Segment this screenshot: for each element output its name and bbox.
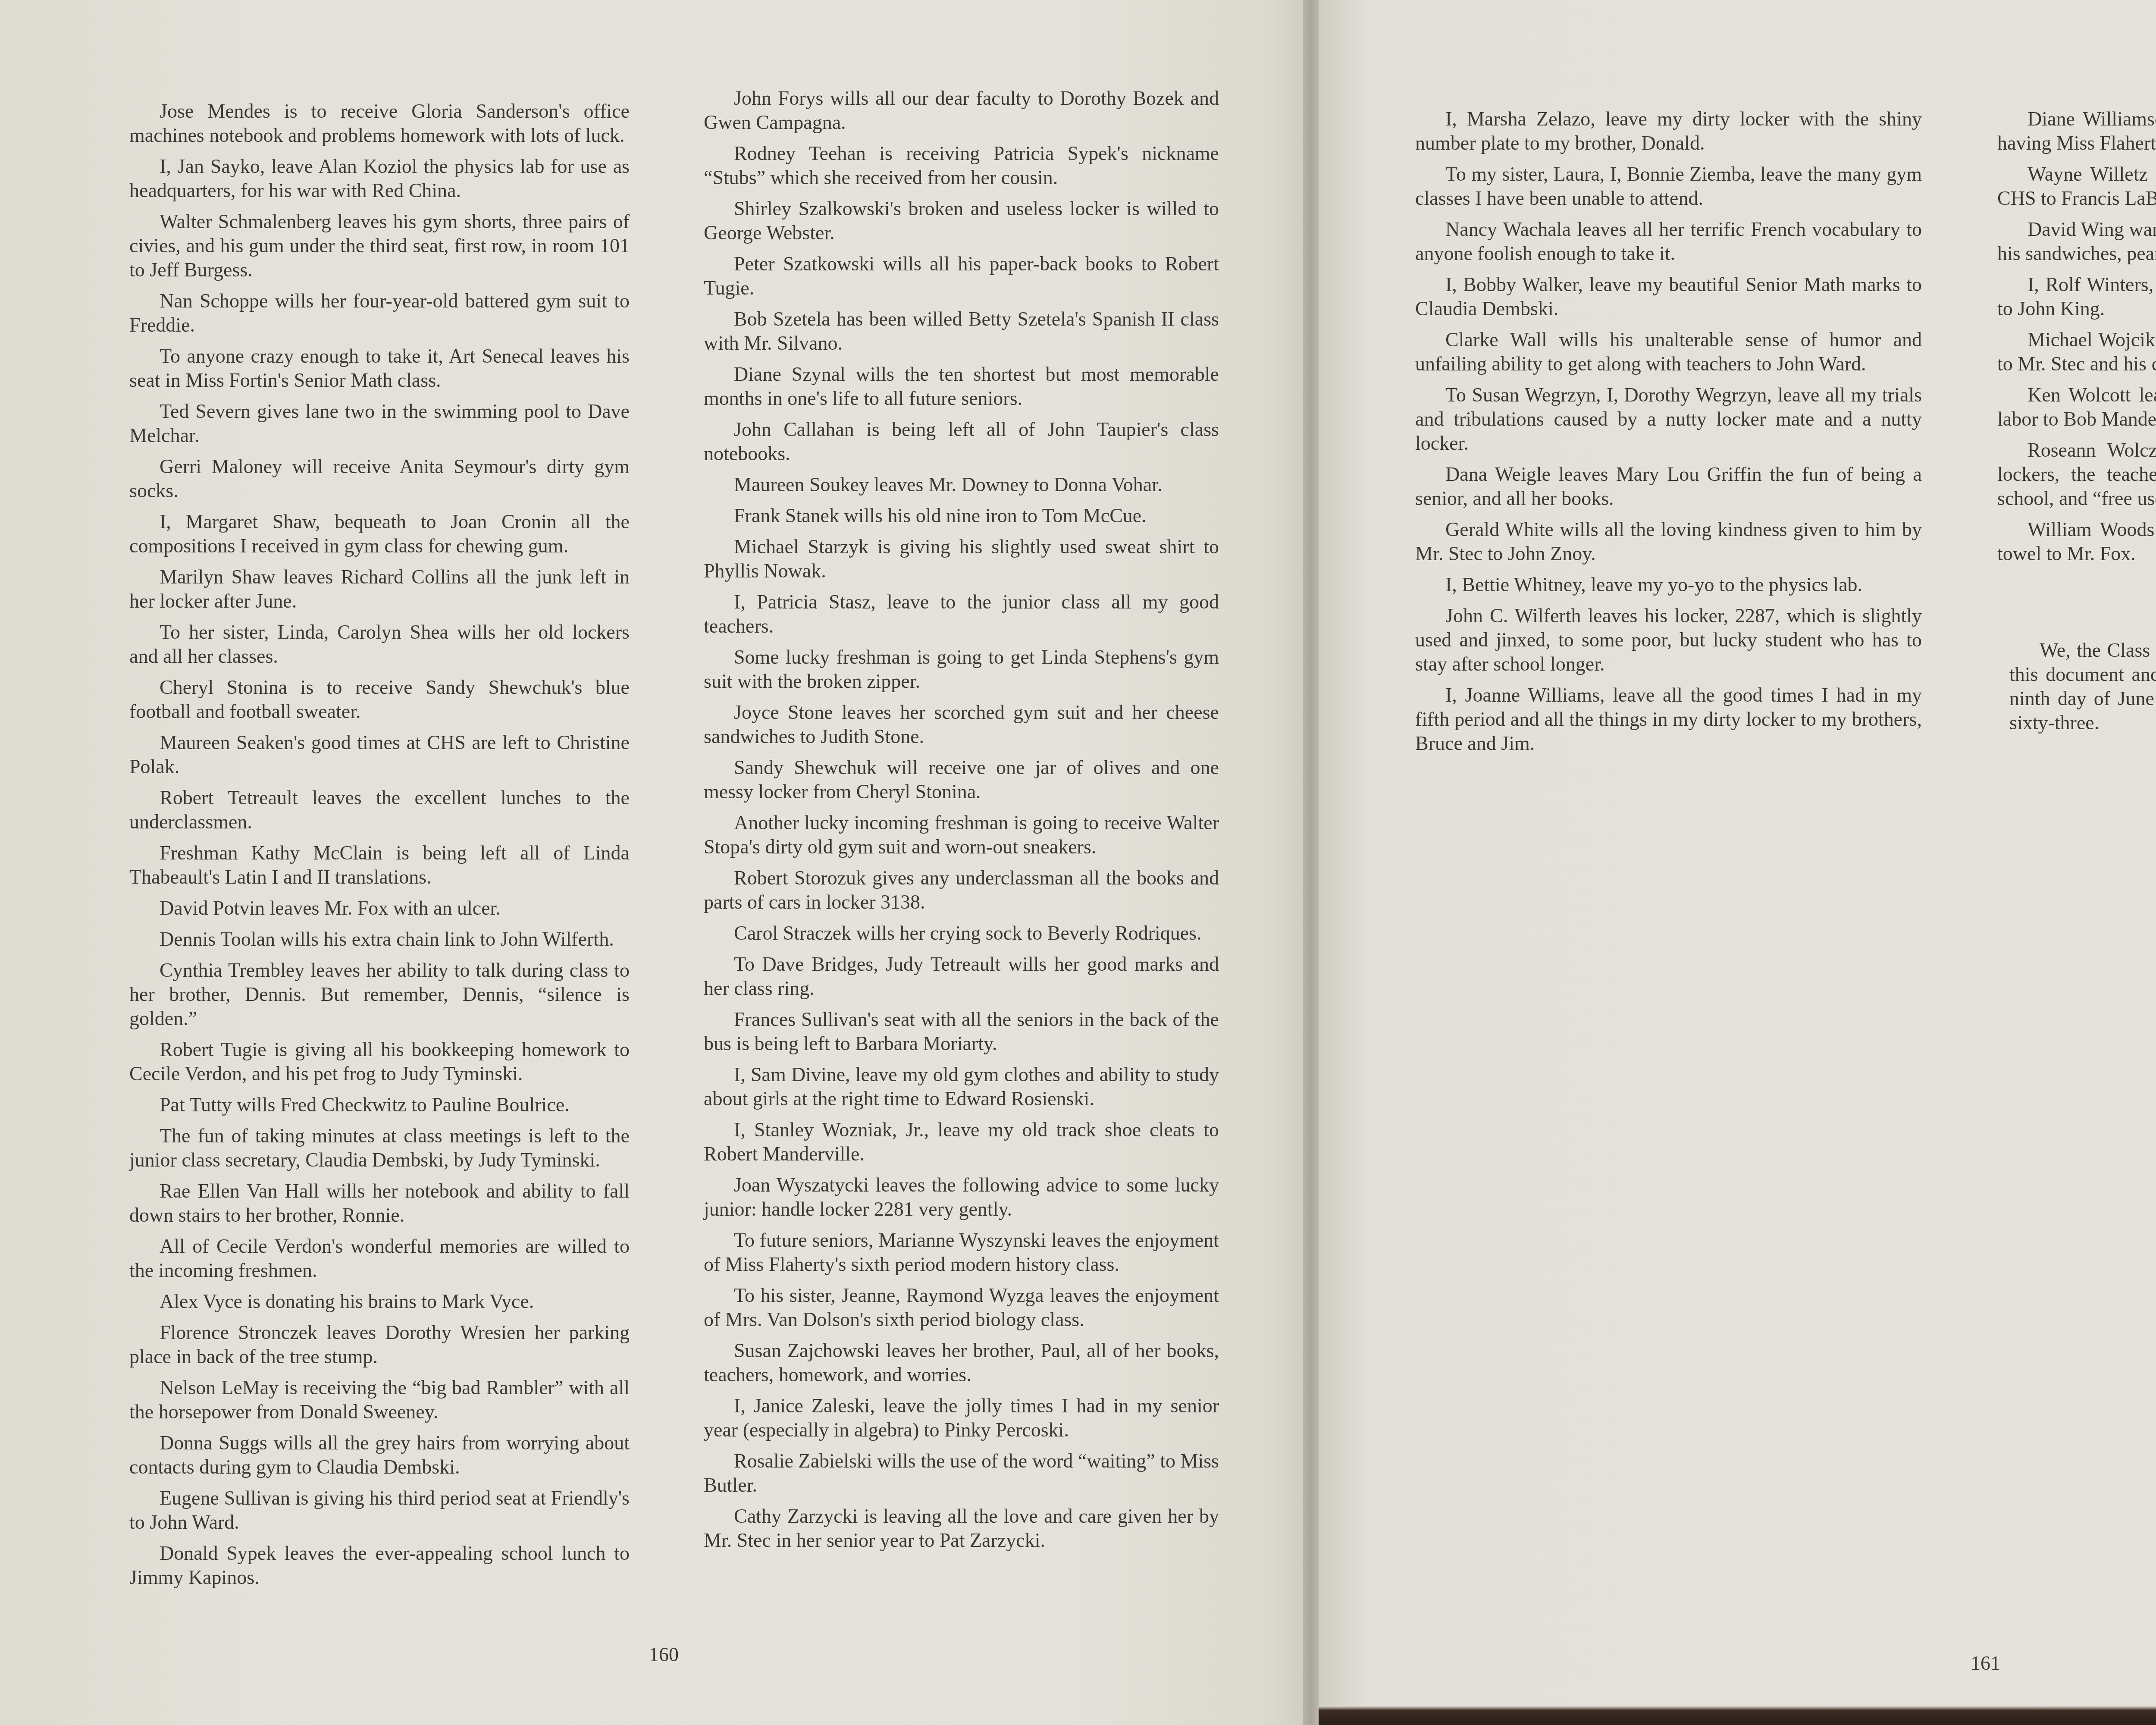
- will-entry: Sandy Shewchuk will receive one jar of o…: [704, 756, 1219, 804]
- will-entry: The fun of taking minutes at class meeti…: [129, 1124, 630, 1172]
- will-entry: I, Stanley Wozniak, Jr., leave my old tr…: [704, 1118, 1219, 1166]
- will-entry: John C. Wilferth leaves his locker, 2287…: [1415, 604, 1922, 676]
- will-entry: Susan Zajchowski leaves her brother, Pau…: [704, 1339, 1219, 1387]
- will-entry: Shirley Szalkowski's broken and useless …: [704, 197, 1219, 245]
- will-entry: Dennis Toolan wills his extra chain link…: [129, 927, 630, 951]
- left-page-column-2: John Forys wills all our dear faculty to…: [704, 86, 1219, 1559]
- will-entry: Gerald White wills all the loving kindne…: [1415, 517, 1922, 566]
- will-entry: Some lucky freshman is going to get Lind…: [704, 645, 1219, 693]
- will-entry: Another lucky incoming freshman is going…: [704, 811, 1219, 859]
- will-entry: William Woods would like to leave his gy…: [1997, 517, 2156, 566]
- will-entry: I, Rolf Winters, leave my slightly used …: [1997, 273, 2156, 321]
- will-entry: Cathy Zarzycki is leaving all the love a…: [704, 1504, 1219, 1552]
- will-entry: I, Margaret Shaw, bequeath to Joan Croni…: [129, 510, 630, 558]
- will-entry: Nelson LeMay is receiving the “big bad R…: [129, 1376, 630, 1424]
- will-entry: Peter Szatkowski wills all his paper-bac…: [704, 252, 1219, 300]
- class-attestation: We, the Class of '63, do hereby attest t…: [2009, 638, 2156, 735]
- will-entry: Carol Straczek wills her crying sock to …: [704, 921, 1219, 945]
- will-entry: Joyce Stone leaves her scorched gym suit…: [704, 700, 1219, 749]
- will-entry: Dana Weigle leaves Mary Lou Griffin the …: [1415, 462, 1922, 511]
- left-page: Jose Mendes is to receive Gloria Sanders…: [0, 0, 1307, 1725]
- will-entry: Rosalie Zabielski wills the use of the w…: [704, 1449, 1219, 1497]
- will-entry: Frank Stanek wills his old nine iron to …: [704, 504, 1219, 528]
- will-entry: Nancy Wachala leaves all her terrific Fr…: [1415, 217, 1922, 266]
- will-entry: Ted Severn gives lane two in the swimmin…: [129, 399, 630, 448]
- will-entry: Cynthia Trembley leaves her ability to t…: [129, 958, 630, 1031]
- will-entry: To his sister, Jeanne, Raymond Wyzga lea…: [704, 1283, 1219, 1332]
- will-entry: Diane Szynal wills the ten shortest but …: [704, 362, 1219, 411]
- will-entry: I, Sam Divine, leave my old gym clothes …: [704, 1063, 1219, 1111]
- will-entry: Alex Vyce is donating his brains to Mark…: [129, 1289, 630, 1314]
- will-entry: To her sister, Linda, Carolyn Shea wills…: [129, 620, 630, 668]
- will-entry: Donald Sypek leaves the ever-appealing s…: [129, 1541, 630, 1590]
- will-entry: Pat Tutty wills Fred Checkwitz to Paulin…: [129, 1093, 630, 1117]
- will-entry: Ken Wolcott leaves his track shoes and a…: [1997, 383, 2156, 431]
- will-entry: Clarke Wall wills his unalterable sense …: [1415, 328, 1922, 376]
- will-entry: David Wing wants John Ward and Joe Viama…: [1997, 217, 2156, 266]
- left-page-column-1: Jose Mendes is to receive Gloria Sanders…: [129, 99, 630, 1596]
- will-entry: I, Patricia Stasz, leave to the junior c…: [704, 590, 1219, 638]
- right-page-column-1: I, Marsha Zelazo, leave my dirty locker …: [1415, 107, 1922, 762]
- will-entry: Maureen Soukey leaves Mr. Downey to Donn…: [704, 473, 1219, 497]
- will-entry: Roseann Wolczko wills to Irene Deska her…: [1997, 438, 2156, 511]
- will-entry: I, Joanne Williams, leave all the good t…: [1415, 683, 1922, 756]
- will-entry: I, Jan Sayko, leave Alan Koziol the phys…: [129, 154, 630, 203]
- will-entry: Diane Williamson leaves her sister, Ruth…: [1997, 107, 2156, 155]
- will-entry: Donna Suggs wills all the grey hairs fro…: [129, 1431, 630, 1479]
- will-entry: Gerri Maloney will receive Anita Seymour…: [129, 455, 630, 503]
- will-entry: Michael Starzyk is giving his slightly u…: [704, 535, 1219, 583]
- will-entry: Robert Tugie is giving all his bookkeepi…: [129, 1038, 630, 1086]
- right-page-column-2: Diane Williamson leaves her sister, Ruth…: [1997, 107, 2156, 573]
- will-entry: I, Bettie Whitney, leave my yo-yo to the…: [1415, 573, 1922, 597]
- will-entry: Frances Sullivan's seat with all the sen…: [704, 1007, 1219, 1056]
- yearbook-spread: Jose Mendes is to receive Gloria Sanders…: [0, 0, 2156, 1725]
- will-entry: Rodney Teehan is receiving Patricia Sype…: [704, 141, 1219, 190]
- book-cover-edge: [1319, 1706, 2156, 1725]
- will-entry: Jose Mendes is to receive Gloria Sanders…: [129, 99, 630, 147]
- will-entry: Rae Ellen Van Hall wills her notebook an…: [129, 1179, 630, 1227]
- will-entry: I, Janice Zaleski, leave the jolly times…: [704, 1394, 1219, 1442]
- will-entry: Freshman Kathy McClain is being left all…: [129, 841, 630, 889]
- will-entry: Joan Wyszatycki leaves the following adv…: [704, 1173, 1219, 1221]
- will-entry: I, Marsha Zelazo, leave my dirty locker …: [1415, 107, 1922, 155]
- page-number-160: 160: [649, 1643, 679, 1666]
- will-entry: Nan Schoppe wills her four-year-old batt…: [129, 289, 630, 337]
- will-entry: All of Cecile Verdon's wonderful memorie…: [129, 1234, 630, 1283]
- will-entry: Michael Wojcik wills a locker full to th…: [1997, 328, 2156, 376]
- will-entry: To future seniors, Marianne Wyszynski le…: [704, 1228, 1219, 1276]
- will-entry: Maureen Seaken's good times at CHS are l…: [129, 731, 630, 779]
- will-entry: John Callahan is being left all of John …: [704, 417, 1219, 466]
- will-entry: To anyone crazy enough to take it, Art S…: [129, 344, 630, 392]
- will-entry: Bob Szetela has been willed Betty Szetel…: [704, 307, 1219, 355]
- will-entry: Marilyn Shaw leaves Richard Collins all …: [129, 565, 630, 613]
- book-gutter: [1303, 0, 1319, 1725]
- will-entry: Florence Stronczek leaves Dorothy Wresie…: [129, 1320, 630, 1369]
- will-entry: Eugene Sullivan is giving his third peri…: [129, 1486, 630, 1534]
- will-entry: Walter Schmalenberg leaves his gym short…: [129, 210, 630, 282]
- will-entry: To my sister, Laura, I, Bonnie Ziemba, l…: [1415, 162, 1922, 210]
- will-entry: To Susan Wegrzyn, I, Dorothy Wegrzyn, le…: [1415, 383, 1922, 455]
- will-entry: Robert Tetreault leaves the excellent lu…: [129, 786, 630, 834]
- will-entry: Robert Storozuk gives any underclassman …: [704, 866, 1219, 914]
- will-entry: David Potvin leaves Mr. Fox with an ulce…: [129, 896, 630, 920]
- will-entry: I, Bobby Walker, leave my beautiful Seni…: [1415, 273, 1922, 321]
- will-entry: Wayne Willetz is willing all of the wond…: [1997, 162, 2156, 210]
- will-entry: John Forys wills all our dear faculty to…: [704, 86, 1219, 135]
- page-number-161: 161: [1971, 1652, 2000, 1675]
- will-entry: Cheryl Stonina is to receive Sandy Shewc…: [129, 675, 630, 724]
- will-entry: To Dave Bridges, Judy Tetreault wills he…: [704, 952, 1219, 1000]
